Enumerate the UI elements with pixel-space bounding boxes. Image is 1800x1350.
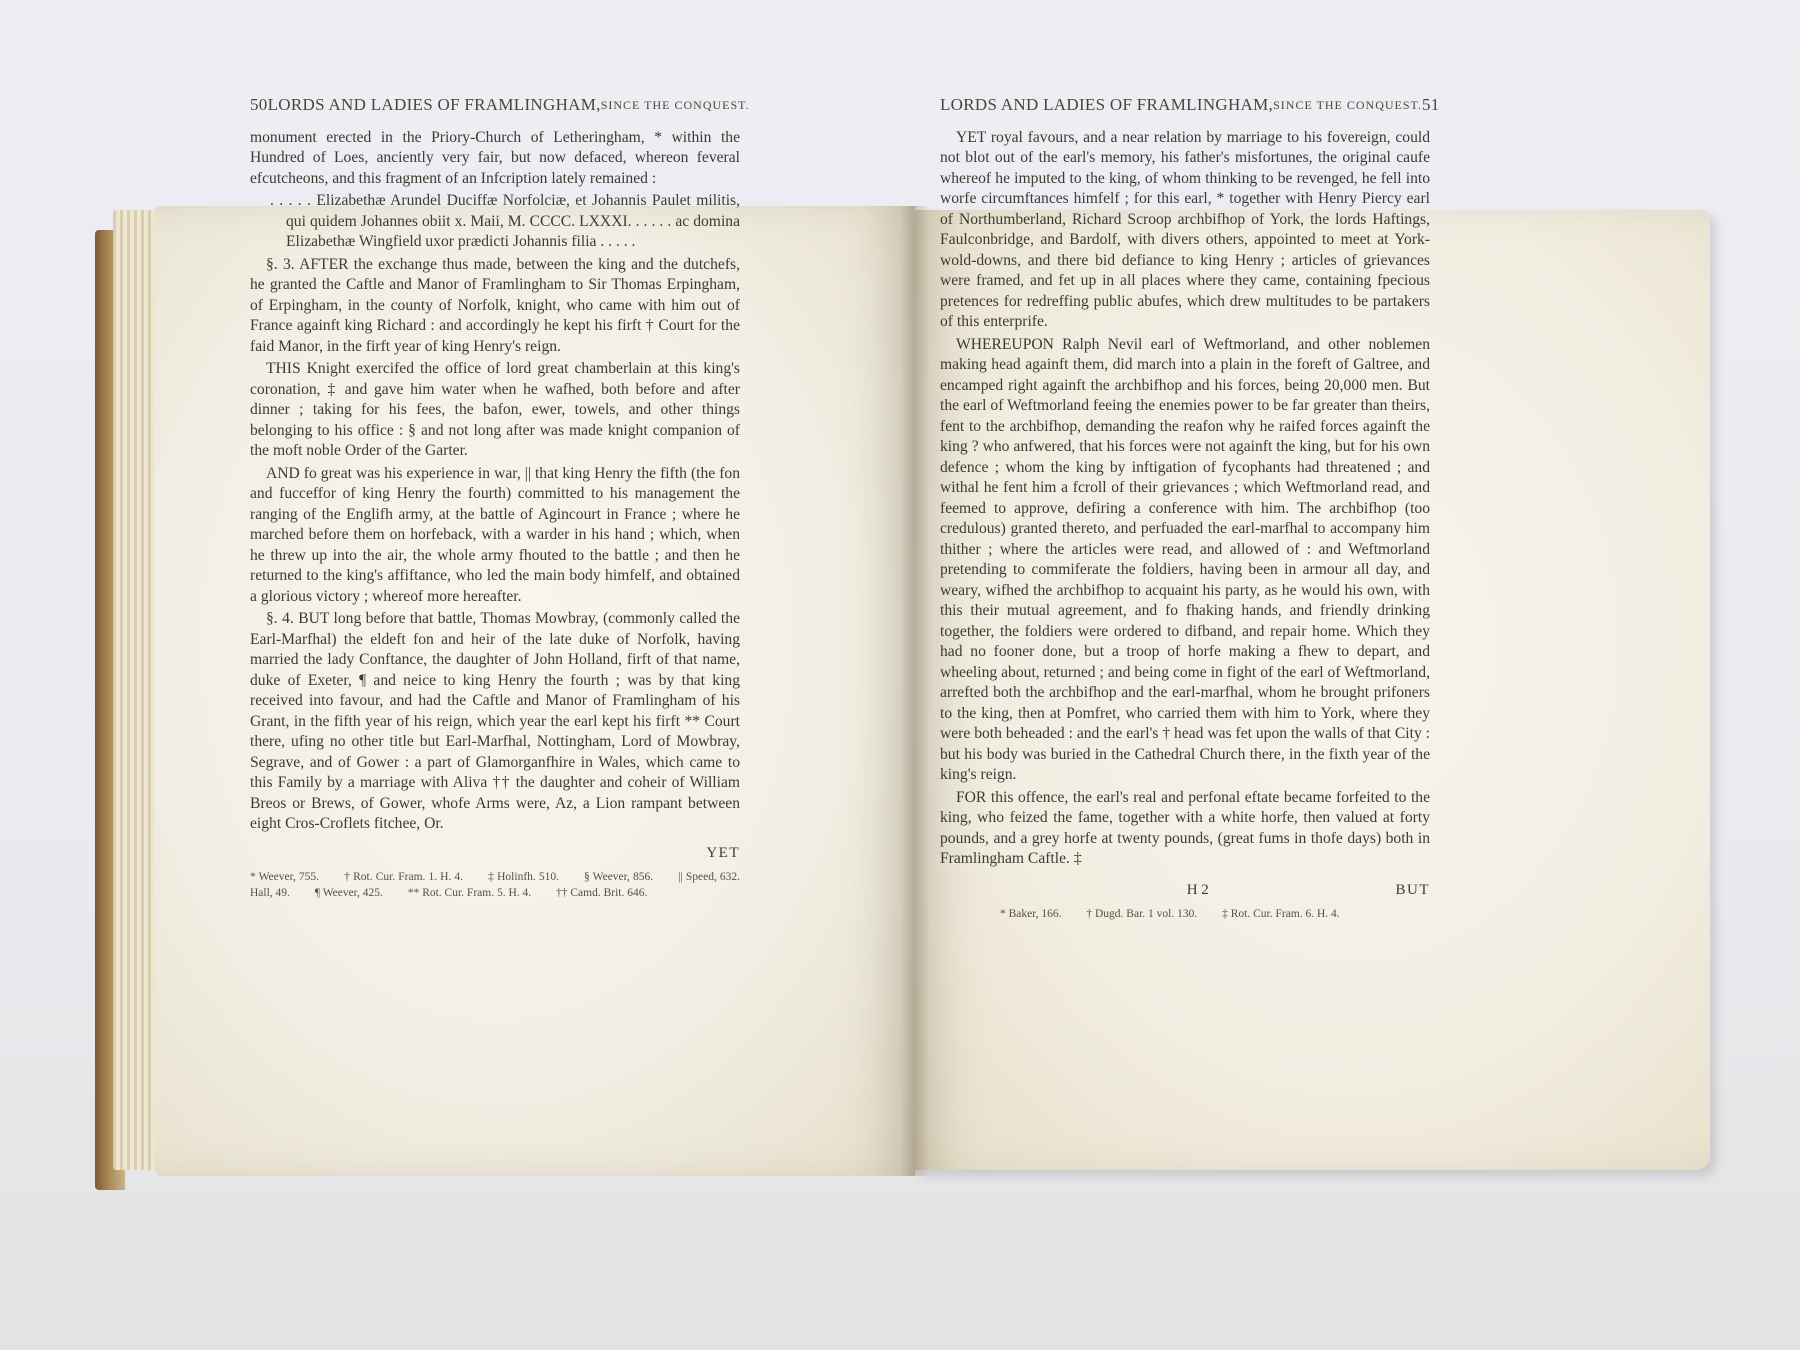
paragraph: monument erected in the Priory-Church of… xyxy=(250,128,740,190)
footnote: ** Rot. Cur. Fram. 5. H. 4. xyxy=(408,887,531,899)
catchword: BUT xyxy=(1396,880,1431,901)
right-head-tail: SINCE THE CONQUEST. xyxy=(1273,95,1422,116)
footnote: † Dugd. Bar. 1 vol. 130. xyxy=(1086,908,1197,920)
right-footnotes: * Baker, 166. † Dugd. Bar. 1 vol. 130. ‡… xyxy=(940,906,1430,922)
footnote: * Weever, 755. xyxy=(250,871,319,883)
left-page-text: 50 LORDS AND LADIES OF FRAMLINGHAM, SINC… xyxy=(250,95,740,901)
right-running-head: LORDS AND LADIES OF FRAMLINGHAM, SINCE T… xyxy=(940,95,1430,116)
right-page-text: LORDS AND LADIES OF FRAMLINGHAM, SINCE T… xyxy=(940,95,1430,922)
paragraph: AND fo great was his experience in war, … xyxy=(250,464,740,608)
paragraph: YET royal favours, and a near relation b… xyxy=(940,128,1430,333)
footnote: † Rot. Cur. Fram. 1. H. 4. xyxy=(344,871,463,883)
paragraph: WHEREUPON Ralph Nevil earl of Weftmorlan… xyxy=(940,335,1430,786)
footnote: ‡ Rot. Cur. Fram. 6. H. 4. xyxy=(1222,908,1340,920)
signature-mark: H 2 xyxy=(1187,880,1209,901)
inscription: . . . . . Elizabethæ Arundel Duciffæ Nor… xyxy=(250,191,740,253)
left-footnotes: * Weever, 755. † Rot. Cur. Fram. 1. H. 4… xyxy=(250,869,740,901)
right-page-number: 51 xyxy=(1422,95,1440,116)
left-head-title: LORDS AND LADIES OF FRAMLINGHAM, xyxy=(268,95,601,116)
footnote: †† Camd. Brit. 646. xyxy=(556,887,647,899)
paragraph: §. 4. BUT long before that battle, Thoma… xyxy=(250,609,740,835)
footnote: ‡ Holinfh. 510. xyxy=(488,871,559,883)
book-gutter xyxy=(900,206,930,1176)
paragraph: FOR this offence, the earl's real and pe… xyxy=(940,788,1430,870)
catchword: YET xyxy=(250,843,740,864)
right-head-title: LORDS AND LADIES OF FRAMLINGHAM, xyxy=(940,95,1273,116)
footnote: ¶ Weever, 425. xyxy=(315,887,383,899)
footnote: § Weever, 856. xyxy=(584,871,653,883)
left-running-head: 50 LORDS AND LADIES OF FRAMLINGHAM, SINC… xyxy=(250,95,740,116)
paragraph: THIS Knight exercifed the office of lord… xyxy=(250,359,740,462)
paragraph: §. 3. AFTER the exchange thus made, betw… xyxy=(250,255,740,358)
footnote: * Baker, 166. xyxy=(1000,908,1062,920)
left-head-tail: SINCE THE CONQUEST. xyxy=(601,95,750,116)
left-page-number: 50 xyxy=(250,95,268,116)
